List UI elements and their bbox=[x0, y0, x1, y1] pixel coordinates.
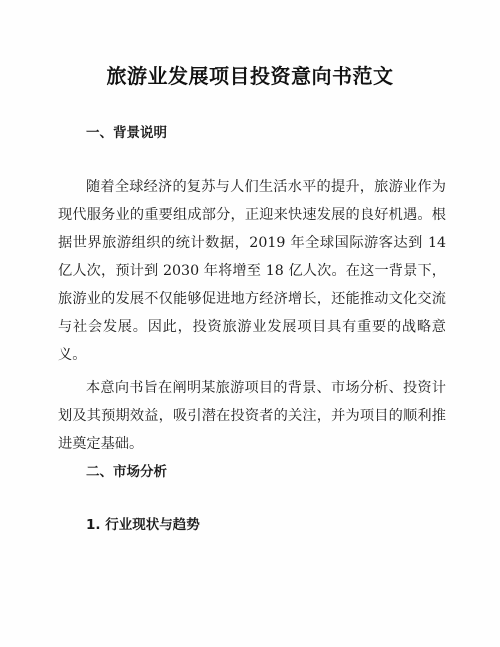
background-paragraph-1: 随着全球经济的复苏与人们生活水平的提升，旅游业作为现代服务业的重要组成部分，正迎… bbox=[58, 173, 446, 369]
section-heading-market-analysis: 二、市场分析 bbox=[86, 460, 167, 480]
background-paragraph-2: 本意向书旨在阐明某旅游项目的背景、市场分析、投资计划及其预期效益，吸引潜在投资者… bbox=[58, 374, 446, 458]
section-heading-background: 一、背景说明 bbox=[86, 121, 167, 141]
subheading-industry-trends: 1. 行业现状与趋势 bbox=[86, 513, 200, 533]
document-title: 旅游业发展项目投资意向书范文 bbox=[0, 60, 500, 89]
document-page: 旅游业发展项目投资意向书范文 一、背景说明 随着全球经济的复苏与人们生活水平的提… bbox=[0, 0, 500, 647]
